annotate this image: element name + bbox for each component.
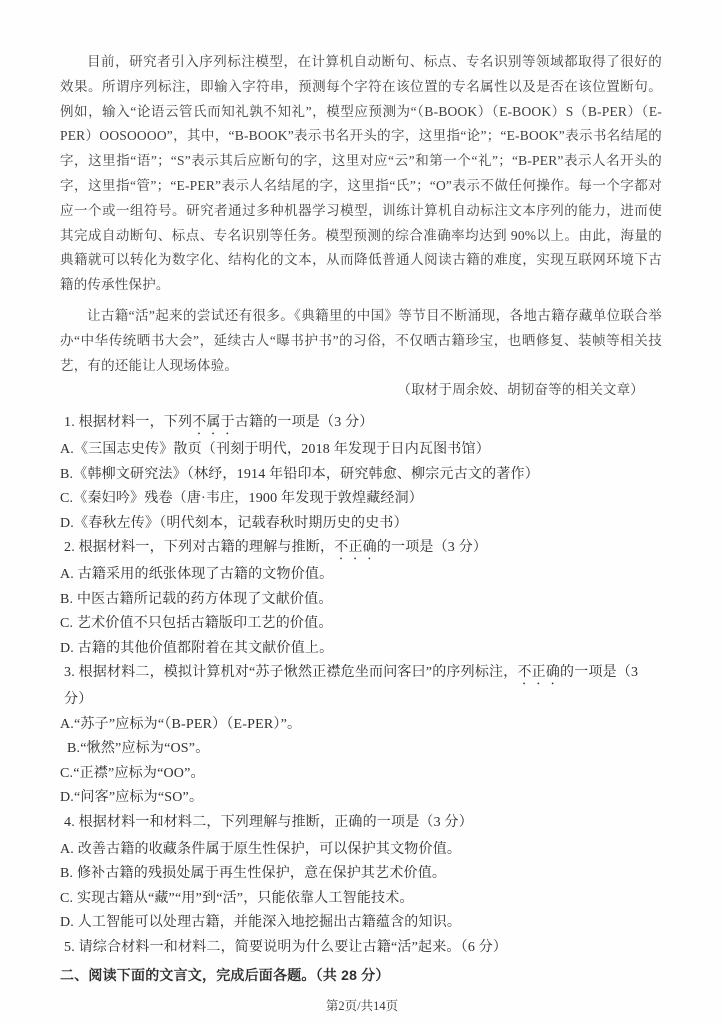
question-4-option-a: A. 改善古籍的收藏条件属于原生性保护，可以保护其文物价值。 bbox=[60, 838, 662, 863]
question-4-stem: 4. 根据材料一和材料二，下列理解与推断，正确的一项是（3 分） bbox=[60, 811, 662, 838]
question-2-stem-pre: 2. 根据材料一，下列对古籍的理解与推断， bbox=[64, 540, 334, 555]
question-2-stem: 2. 根据材料一，下列对古籍的理解与推断，不正确的一项是（3 分） bbox=[60, 536, 662, 563]
page-number-footer: 第2页/共14页 bbox=[0, 996, 724, 1014]
question-3-option-a: A.“苏子”应标为“（B-PER）（E-PER）”。 bbox=[60, 713, 662, 738]
question-1-option-b: B.《韩柳文研究法》（林纾，1914 年铅印本，研究韩愈、柳宗元古文的著作） bbox=[60, 463, 662, 488]
question-5: 5. 请综合材料一和材料二，简要说明为什么要让古籍“活”起来。（6 分） bbox=[60, 936, 662, 963]
question-3-stem-pre: 3. 根据材料二，模拟计算机对“苏子愀然正襟危坐而问客曰”的序列标注， bbox=[64, 665, 517, 680]
question-3-option-c: C.“正襟”应标为“OO”。 bbox=[60, 762, 662, 787]
question-2-option-c: C. 艺术价值不只包括古籍版印工艺的价值。 bbox=[60, 612, 662, 637]
question-3-option-b: B.“愀然”应标为“OS”。 bbox=[60, 737, 662, 762]
question-2-option-a: A. 古籍采用的纸张体现了古籍的文物价值。 bbox=[60, 563, 662, 588]
question-4-option-d: D. 人工智能可以处理古籍，并能深入地挖掘出古籍蕴含的知识。 bbox=[60, 911, 662, 936]
question-5-stem-pre: 5. 请综合材料一和材料二，简要说明为什么要让古籍“活”起来。（6 分） bbox=[64, 940, 507, 955]
question-4-stem-pre: 4. 根据材料一和材料二，下列理解与推断，正确的一项是（3 分） bbox=[64, 815, 473, 830]
material-attribution: （取材于周余姣、胡韧奋等的相关文章） bbox=[60, 378, 662, 403]
questions-section: 1. 根据材料一，下列不属于古籍的一项是（3 分） A.《三国志史传》散页（刊刻… bbox=[60, 411, 662, 987]
page-content: 目前，研究者引入序列标注模型，在计算机自动断句、标点、专名识别等领域都取得了很好… bbox=[60, 50, 662, 987]
question-2-stem-post: 的一项是（3 分） bbox=[377, 540, 487, 555]
question-1-option-c: C.《秦妇吟》残卷（唐·韦庄，1900 年发现于敦煌藏经洞） bbox=[60, 487, 662, 512]
material-paragraph-2: 让古籍“活”起来的尝试还有很多。《典籍里的中国》等节目不断涌现，各地古籍存藏单位… bbox=[60, 304, 662, 378]
question-4: 4. 根据材料一和材料二，下列理解与推断，正确的一项是（3 分） A. 改善古籍… bbox=[60, 811, 662, 936]
question-3: 3. 根据材料二，模拟计算机对“苏子愀然正襟危坐而问客曰”的序列标注，不正确的一… bbox=[60, 661, 662, 811]
question-2-option-d: D. 古籍的其他价值都附着在其文献价值上。 bbox=[60, 637, 662, 662]
question-1-stem-emphasis: 不属于 bbox=[192, 415, 235, 430]
question-2-stem-emphasis: 不正确 bbox=[334, 540, 377, 555]
question-4-option-c: C. 实现古籍从“藏”“用”到“活”，只能依靠人工智能技术。 bbox=[60, 887, 662, 912]
question-1-stem: 1. 根据材料一，下列不属于古籍的一项是（3 分） bbox=[60, 411, 662, 438]
question-3-stem-emphasis: 不正确 bbox=[517, 665, 560, 680]
question-1-option-d: D.《春秋左传》（明代刻本，记载春秋时期历史的史书） bbox=[60, 512, 662, 537]
question-1-stem-post: 古籍的一项是（3 分） bbox=[235, 415, 374, 430]
question-1-stem-pre: 1. 根据材料一，下列 bbox=[64, 415, 192, 430]
question-2: 2. 根据材料一，下列对古籍的理解与推断，不正确的一项是（3 分） A. 古籍采… bbox=[60, 536, 662, 661]
exam-page: 目前，研究者引入序列标注模型，在计算机自动断句、标点、专名识别等领域都取得了很好… bbox=[0, 0, 724, 1024]
question-4-option-b: B. 修补古籍的残损处属于再生性保护，意在保护其艺术价值。 bbox=[60, 862, 662, 887]
question-1-option-a: A.《三国志史传》散页（刊刻于明代，2018 年发现于日内瓦图书馆） bbox=[60, 438, 662, 463]
material-paragraph-1: 目前，研究者引入序列标注模型，在计算机自动断句、标点、专名识别等领域都取得了很好… bbox=[60, 50, 662, 298]
question-3-stem: 3. 根据材料二，模拟计算机对“苏子愀然正襟危坐而问客曰”的序列标注，不正确的一… bbox=[60, 661, 662, 713]
question-2-option-b: B. 中医古籍所记载的药方体现了文献价值。 bbox=[60, 588, 662, 613]
material-passage: 目前，研究者引入序列标注模型，在计算机自动断句、标点、专名识别等领域都取得了很好… bbox=[60, 50, 662, 403]
question-1: 1. 根据材料一，下列不属于古籍的一项是（3 分） A.《三国志史传》散页（刊刻… bbox=[60, 411, 662, 536]
section-two-heading: 二、阅读下面的文言文，完成后面各题。（共 28 分） bbox=[60, 963, 662, 988]
question-5-stem: 5. 请综合材料一和材料二，简要说明为什么要让古籍“活”起来。（6 分） bbox=[60, 936, 662, 963]
question-3-option-d: D.“问客”应标为“SO”。 bbox=[60, 786, 662, 811]
